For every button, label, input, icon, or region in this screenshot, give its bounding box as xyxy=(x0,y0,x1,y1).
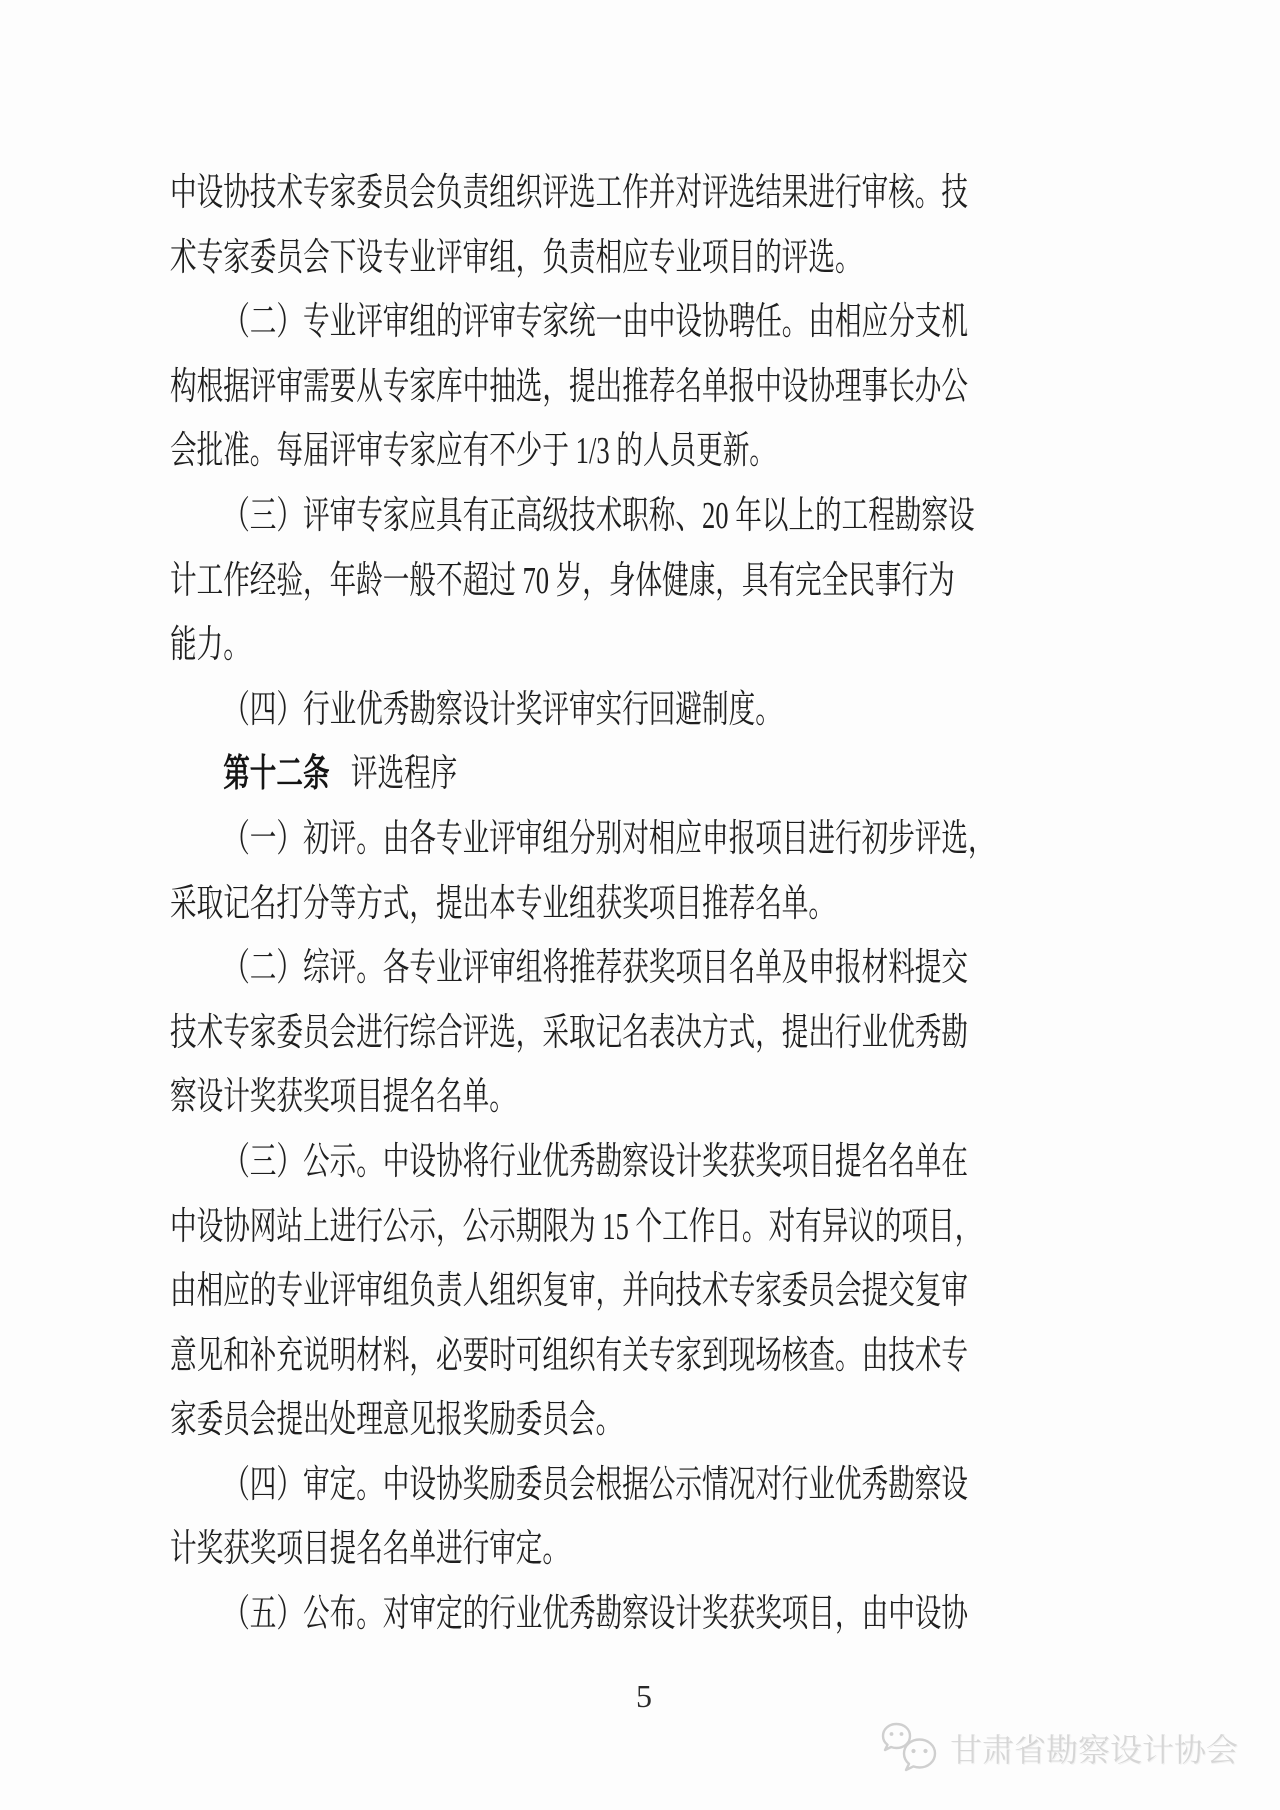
article-title: 评选程序 xyxy=(351,753,457,795)
page-number: 5 xyxy=(2,1678,1280,1715)
text-line: （一）初评。由各专业评审组分别对相应申报项目进行初步评选， xyxy=(170,807,975,872)
watermark: 甘肃省勘察设计协会 xyxy=(880,1720,1238,1776)
text-line: 计工作经验，年龄一般不超过 70 岁，身体健康，具有完全民事行为 xyxy=(170,549,975,614)
text-line: 构根据评审需要从专家库中抽选，提出推荐名单报中设协理事长办公 xyxy=(170,355,975,420)
text-line: 中设协网站上进行公示，公示期限为 15 个工作日。对有异议的项目， xyxy=(170,1195,975,1260)
text-line: 中设协技术专家委员会负责组织评选工作并对评选结果进行审核。技 xyxy=(170,161,975,226)
document-page: 中设协技术专家委员会负责组织评选工作并对评选结果进行审核。技术专家委员会下设专业… xyxy=(0,0,1280,1810)
text-line: 能力。 xyxy=(170,613,975,678)
text-line: 采取记名打分等方式，提出本专业组获奖项目推荐名单。 xyxy=(170,872,975,937)
text-line: 第十二条评选程序 xyxy=(170,742,975,807)
text-line: （二）专业评审组的评审专家统一由中设协聘任。由相应分支机 xyxy=(170,290,975,355)
text-line: （三）公示。中设协将行业优秀勘察设计奖获奖项目提名名单在 xyxy=(170,1130,975,1195)
text-line: 家委员会提出处理意见报奖励委员会。 xyxy=(170,1388,975,1453)
text-line: （五）公布。对审定的行业优秀勘察设计奖获奖项目，由中设协 xyxy=(170,1582,975,1647)
text-line: （四）审定。中设协奖励委员会根据公示情况对行业优秀勘察设 xyxy=(170,1453,975,1518)
article-number-bold: 第十二条 xyxy=(223,753,329,795)
text-line: 由相应的专业评审组负责人组织复审，并向技术专家委员会提交复审 xyxy=(170,1259,975,1324)
text-line: 意见和补充说明材料，必要时可组织有关专家到现场核查。由技术专 xyxy=(170,1324,975,1389)
text-line: 术专家委员会下设专业评审组，负责相应专业项目的评选。 xyxy=(170,226,975,291)
wechat-icon xyxy=(880,1721,938,1775)
text-line: 会批准。每届评审专家应有不少于 1/3 的人员更新。 xyxy=(170,419,975,484)
text-line: 察设计奖获奖项目提名名单。 xyxy=(170,1065,975,1130)
text-line: 技术专家委员会进行综合评选，采取记名表决方式，提出行业优秀勘 xyxy=(170,1001,975,1066)
text-line: 计奖获奖项目提名名单进行审定。 xyxy=(170,1517,975,1582)
text-line: （二）综评。各专业评审组将推荐获奖项目名单及申报材料提交 xyxy=(170,936,975,1001)
text-line: （三）评审专家应具有正高级技术职称、20 年以上的工程勘察设 xyxy=(170,484,975,549)
watermark-text: 甘肃省勘察设计协会 xyxy=(950,1725,1238,1771)
document-body: 中设协技术专家委员会负责组织评选工作并对评选结果进行审核。技术专家委员会下设专业… xyxy=(170,161,975,1647)
text-line: （四）行业优秀勘察设计奖评审实行回避制度。 xyxy=(170,678,975,743)
